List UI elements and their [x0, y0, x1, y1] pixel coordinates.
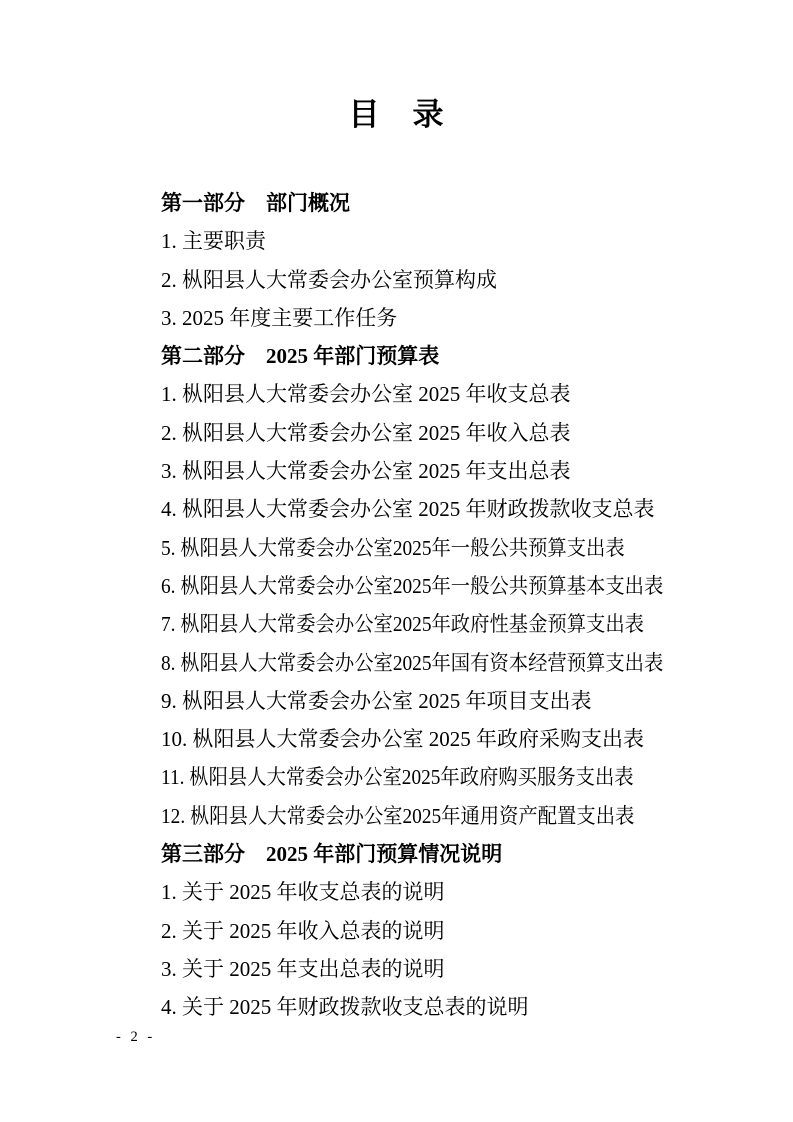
document-page: 目 录 第一部分 部门概况 1. 主要职责 2. 枞阳县人大常委会办公室预算构成…	[0, 0, 793, 1122]
toc-item: 10. 枞阳县人大常委会办公室 2025 年政府采购支出表	[161, 720, 693, 758]
page-title: 目 录	[0, 0, 793, 138]
toc-item: 3. 枞阳县人大常委会办公室 2025 年支出总表	[161, 452, 693, 490]
toc-item: 8. 枞阳县人大常委会办公室2025年国有资本经营预算支出表	[161, 644, 650, 682]
toc-item: 2. 关于 2025 年收入总表的说明	[161, 912, 693, 950]
toc-section-part3: 第三部分 2025 年部门预算情况说明 1. 关于 2025 年收支总表的说明 …	[161, 835, 693, 1026]
toc-item: 5. 枞阳县人大常委会办公室2025年一般公共预算支出表	[161, 529, 650, 567]
toc-item: 7. 枞阳县人大常委会办公室2025年政府性基金预算支出表	[161, 605, 650, 643]
toc-section-part2: 第二部分 2025 年部门预算表 1. 枞阳县人大常委会办公室 2025 年收支…	[161, 337, 693, 835]
toc-item: 4. 枞阳县人大常委会办公室 2025 年财政拨款收支总表	[161, 490, 693, 528]
toc-item: 6. 枞阳县人大常委会办公室2025年一般公共预算基本支出表	[161, 567, 650, 605]
toc-item: 1. 枞阳县人大常委会办公室 2025 年收支总表	[161, 375, 693, 413]
table-of-contents: 第一部分 部门概况 1. 主要职责 2. 枞阳县人大常委会办公室预算构成 3. …	[0, 184, 793, 1027]
toc-section-part1: 第一部分 部门概况 1. 主要职责 2. 枞阳县人大常委会办公室预算构成 3. …	[161, 184, 693, 337]
toc-item: 9. 枞阳县人大常委会办公室 2025 年项目支出表	[161, 682, 693, 720]
toc-item: 1. 关于 2025 年收支总表的说明	[161, 873, 693, 911]
toc-item: 3. 2025 年度主要工作任务	[161, 299, 693, 337]
section-heading-part2: 第二部分 2025 年部门预算表	[161, 337, 693, 375]
toc-item: 1. 主要职责	[161, 222, 693, 260]
toc-item: 2. 枞阳县人大常委会办公室预算构成	[161, 261, 693, 299]
toc-item: 4. 关于 2025 年财政拨款收支总表的说明	[161, 988, 693, 1026]
toc-item: 3. 关于 2025 年支出总表的说明	[161, 950, 693, 988]
section-heading-part1: 第一部分 部门概况	[161, 184, 693, 222]
toc-item: 2. 枞阳县人大常委会办公室 2025 年收入总表	[161, 414, 693, 452]
toc-item: 11. 枞阳县人大常委会办公室2025年政府购买服务支出表	[161, 758, 650, 796]
toc-item: 12. 枞阳县人大常委会办公室2025年通用资产配置支出表	[161, 797, 650, 835]
section-heading-part3: 第三部分 2025 年部门预算情况说明	[161, 835, 693, 873]
page-number: - 2 -	[116, 1029, 155, 1046]
